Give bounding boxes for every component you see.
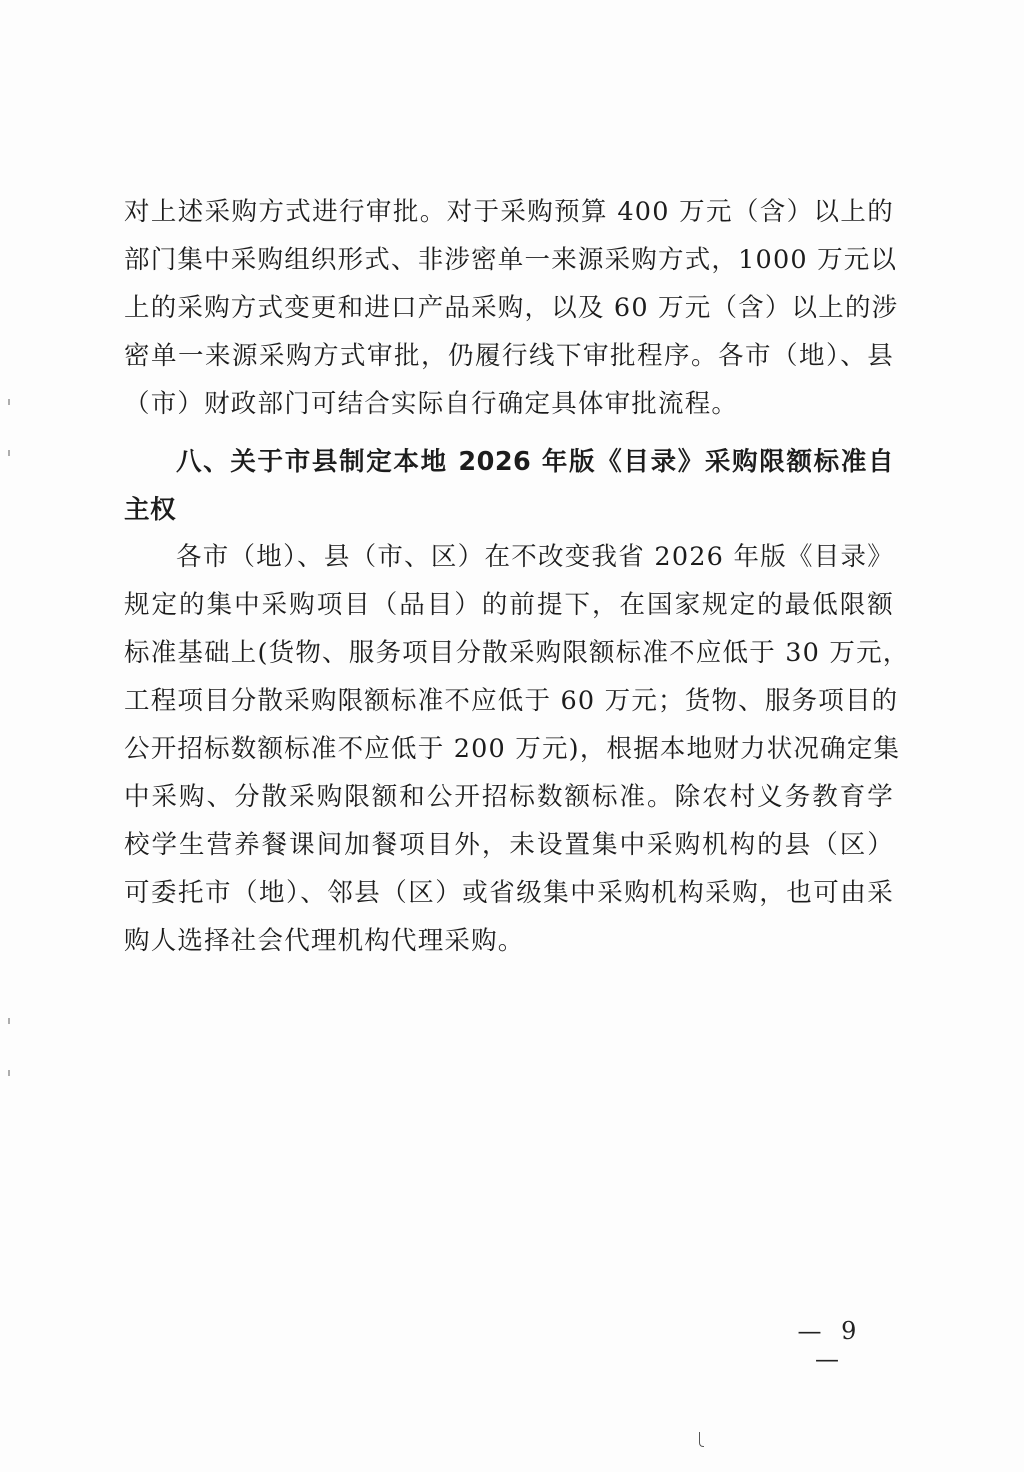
- text-line: 密单一来源采购方式审批，仍履行线下审批程序。各市（地）、县: [124, 332, 894, 380]
- text-line: （市）财政部门可结合实际自行确定具体审批流程。: [124, 380, 894, 428]
- scan-mark: [699, 1432, 704, 1447]
- text-line: 对上述采购方式进行审批。对于采购预算 400 万元（含）以上的: [124, 188, 894, 236]
- text-line: 公开招标数额标准不应低于 200 万元)，根据本地财力状况确定集: [124, 725, 894, 773]
- document-page: 对上述采购方式进行审批。对于采购预算 400 万元（含）以上的 部门集中采购组织…: [0, 0, 1024, 1472]
- text-line: 部门集中采购组织形式、非涉密单一来源采购方式，1000 万元以: [124, 236, 894, 284]
- scan-mark: [8, 450, 10, 456]
- text-line: 工程项目分散采购限额标准不应低于 60 万元；货物、服务项目的: [124, 677, 894, 725]
- text-line: 购人选择社会代理机构代理采购。: [124, 917, 894, 965]
- page-number: — 9 —: [780, 1317, 880, 1373]
- scan-mark: [8, 1070, 10, 1076]
- paragraph-section-8: 各市（地）、县（市、区）在不改变我省 2026 年版《目录》 规定的集中采购项目…: [124, 533, 894, 965]
- text-line: 可委托市（地）、邻县（区）或省级集中采购机构采购，也可由采: [124, 869, 894, 917]
- heading-line: 八、关于市县制定本地 2026 年版《目录》采购限额标准自: [124, 438, 894, 486]
- text-line: 上的采购方式变更和进口产品采购，以及 60 万元（含）以上的涉: [124, 284, 894, 332]
- text-line: 各市（地）、县（市、区）在不改变我省 2026 年版《目录》: [124, 533, 894, 581]
- section-heading: 八、关于市县制定本地 2026 年版《目录》采购限额标准自 主权: [124, 438, 894, 534]
- paragraph-continuation: 对上述采购方式进行审批。对于采购预算 400 万元（含）以上的 部门集中采购组织…: [124, 188, 894, 428]
- text-line: 中采购、分散采购限额和公开招标数额标准。除农村义务教育学: [124, 773, 894, 821]
- scan-mark: [8, 1018, 10, 1024]
- scan-mark: [8, 399, 10, 405]
- text-line: 规定的集中采购项目（品目）的前提下，在国家规定的最低限额: [124, 581, 894, 629]
- heading-line: 主权: [124, 486, 894, 534]
- text-line: 标准基础上(货物、服务项目分散采购限额标准不应低于 30 万元，: [124, 629, 894, 677]
- text-line: 校学生营养餐课间加餐项目外，未设置集中采购机构的县（区）: [124, 821, 894, 869]
